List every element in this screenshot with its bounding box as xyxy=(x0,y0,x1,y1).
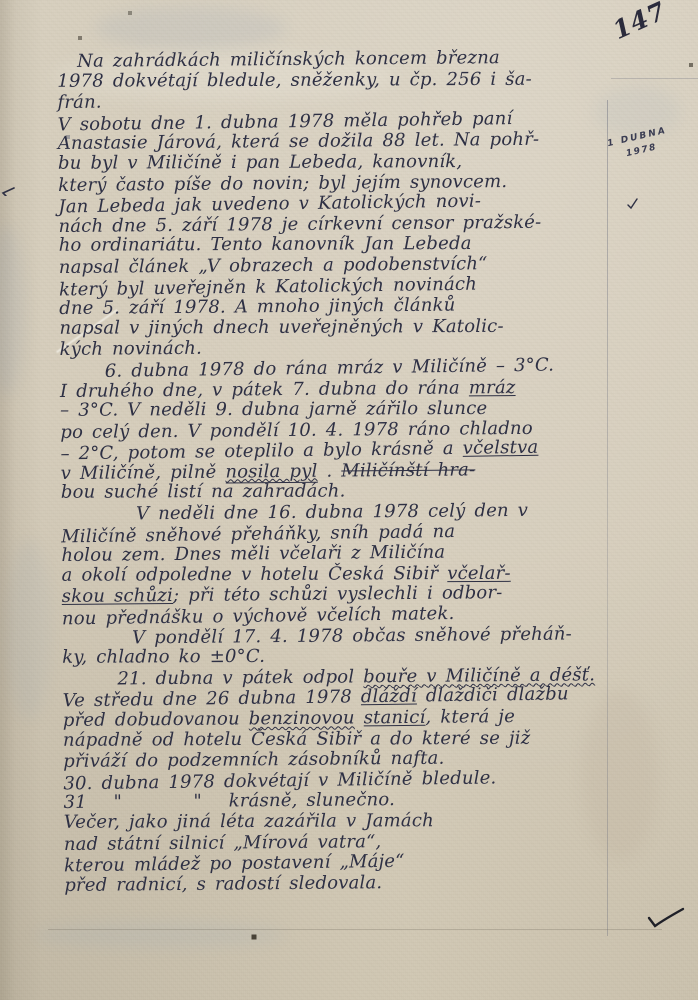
check-mark-icon xyxy=(646,906,686,932)
handwritten-line: napsal v jiných dnech uveřejněných v Kat… xyxy=(59,316,615,339)
paper-specks xyxy=(0,0,2,2)
handwritten-line: 1978 dokvétají bledule, sněženky, u čp. … xyxy=(57,69,613,92)
scanned-page: 147 1 DUBNA 1978 Na zahrádkách miličínsk… xyxy=(0,0,698,1000)
text-segment: napsal v jiných dnech uveřejněných v Kat… xyxy=(59,316,503,339)
text-segment xyxy=(355,707,364,728)
emphasized-text: stanicí xyxy=(364,707,426,729)
text-segment: , která je xyxy=(425,706,515,728)
paper-stain xyxy=(95,6,285,50)
text-segment: . xyxy=(317,460,341,481)
handwritten-line: a okolí odpoledne v hotelu Česká Sibiř v… xyxy=(62,563,618,586)
text-segment: ho ordinariátu. Tento kanovník Jan Lebed… xyxy=(59,233,472,256)
check-mark-small-icon xyxy=(626,198,638,210)
text-segment: kterou mládež po postavení „Máje“ xyxy=(64,851,405,877)
text-segment: Ve středu dne 26 dubna 1978 xyxy=(63,687,361,712)
paper-stain xyxy=(6,540,52,720)
paper-stain xyxy=(0,225,24,395)
text-segment: Na zahrádkách miličínských koncem března xyxy=(77,47,500,72)
entry-end-rule xyxy=(48,929,662,930)
emphasized-text: včelstva xyxy=(463,437,539,459)
margin-date-note: 1 DUBNA 1978 xyxy=(606,117,698,165)
text-segment: frán. xyxy=(57,92,101,113)
emphasized-text: mráz xyxy=(469,377,516,398)
emphasized-text: včelař- xyxy=(447,563,511,584)
handwritten-line: ky, chladno ko ±0°C. xyxy=(62,646,618,669)
emphasized-text: benzinovou xyxy=(249,707,355,729)
text-segment: dlaždiči dlažbu xyxy=(417,684,569,707)
handwritten-line: Večer, jako jiná léta zazářila v Jamách xyxy=(64,810,620,833)
handwritten-line: bou suché listí na zahradách. xyxy=(61,481,617,504)
text-segment: V neděli dne 16. dubna 1978 celý den v xyxy=(136,500,528,524)
text-segment: bou suché listí na zahradách. xyxy=(61,481,346,503)
handwritten-line: nápadně od hotelu Česká Sibiř a do které… xyxy=(63,728,619,751)
left-edge-pen-mark xyxy=(0,186,16,196)
emphasized-text: Miličínští hra- xyxy=(341,459,475,481)
handwritten-line: ho ordinariátu. Tento kanovník Jan Lebed… xyxy=(59,234,615,257)
handwritten-line: bu byl v Miličíně i pan Lebeda, kanovník… xyxy=(58,151,614,174)
text-segment: ky, chladno ko ±0°C. xyxy=(62,646,265,668)
text-segment: bu byl v Miličíně i pan Lebeda, kanovník… xyxy=(58,151,462,174)
paper-stain xyxy=(35,922,285,948)
text-segment: nápadně od hotelu Česká Sibiř a do které… xyxy=(63,727,530,750)
emphasized-text: dláždí xyxy=(361,686,417,708)
page-number: 147 xyxy=(608,0,670,45)
margin-rule-horizontal-top xyxy=(611,78,698,79)
text-segment: kých novinách. xyxy=(60,338,203,360)
text-segment: a okolí odpoledne v hotelu Česká Sibiř xyxy=(62,563,448,586)
text-segment: – 3°C. V neděli 9. dubna jarně zářilo sl… xyxy=(60,398,487,421)
emphasized-text: skou schůzi xyxy=(62,585,173,607)
handwritten-text-block: Na zahrádkách miličínských koncem března… xyxy=(57,47,620,896)
handwritten-line: – 3°C. V neděli 9. dubna jarně zářilo sl… xyxy=(60,398,616,421)
text-segment: 1978 dokvétají bledule, sněženky, u čp. … xyxy=(57,68,532,91)
text-segment: před dobudovanou xyxy=(63,708,249,731)
text-segment: Večer, jako jiná léta zazářila v Jamách xyxy=(64,810,434,833)
